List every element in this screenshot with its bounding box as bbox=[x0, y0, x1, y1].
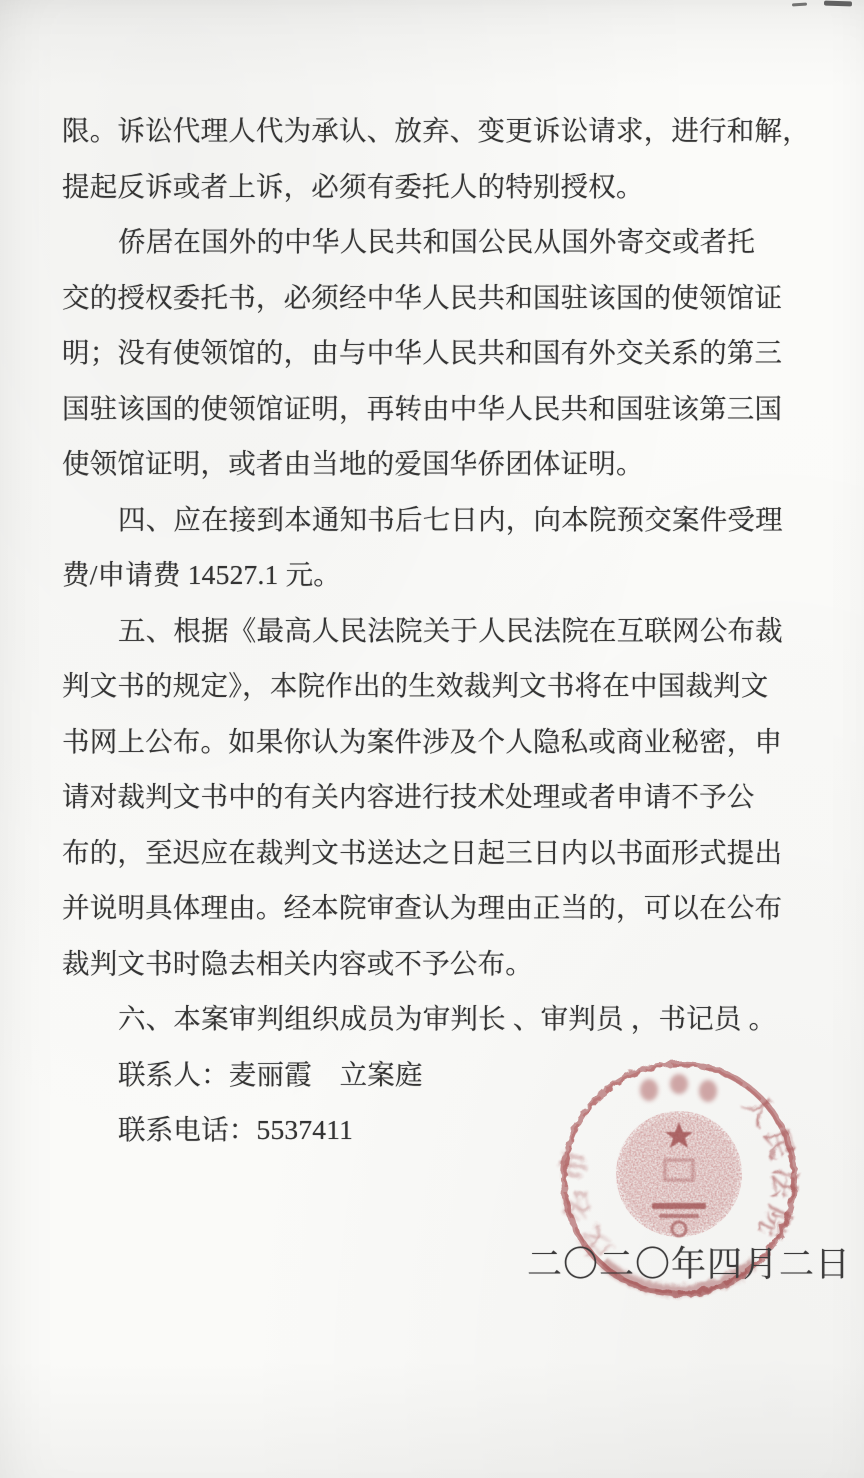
document-line: 四、应在接到本通知书后七日内，向本院预交案件受理 bbox=[62, 492, 842, 548]
document-line: 六、本案审判组织成员为审判长 、审判员 ，书记员 。 bbox=[62, 991, 842, 1047]
document-line: 请对裁判文书中的有关内容进行技术处理或者申请不予公 bbox=[62, 769, 842, 825]
document-line: 五、根据《最高人民法院关于人民法院在互联网公布裁 bbox=[62, 603, 842, 659]
document-line: 国驻该国的使领馆证明，再转由中华人民共和国驻该第三国 bbox=[62, 381, 842, 437]
seal-emblem bbox=[616, 1111, 742, 1237]
scan-artifact-mark bbox=[792, 2, 807, 6]
seal-top-smudges bbox=[640, 1074, 717, 1102]
date-line: 二〇二〇年四月二日 bbox=[527, 1237, 851, 1287]
document-line: 判文书的规定》，本院作出的生效裁判文书将在中国裁判文 bbox=[62, 658, 842, 714]
document-line: 书网上公布。如果你认为案件涉及个人隐私或商业秘密，申 bbox=[62, 714, 842, 770]
document-line: 费/申请费 14527.1 元。 bbox=[62, 547, 842, 603]
document-line: 限。诉讼代理人代为承认、放弃、变更诉讼请求，进行和解， bbox=[62, 103, 842, 159]
document-line: 并说明具体理由。经本院审查认为理由正当的，可以在公布 bbox=[62, 880, 842, 936]
document-line: 交的授权委托书，必须经中华人民共和国驻该国的使领馆证 bbox=[62, 270, 842, 326]
document-line: 布的，至迟应在裁判文书送达之日起三日内以书面形式提出 bbox=[62, 825, 842, 881]
scan-artifact-mark bbox=[824, 1, 852, 7]
document-body: 限。诉讼代理人代为承认、放弃、变更诉讼请求，进行和解，提起反诉或者上诉，必须有委… bbox=[62, 103, 842, 1158]
document-line: 明；没有使领馆的，由与中华人民共和国有外交关系的第三 bbox=[62, 325, 842, 381]
document-line: 侨居在国外的中华人民共和国公民从国外寄交或者托 bbox=[62, 214, 842, 270]
document-line: 裁判文书时隐去相关内容或不予公布。 bbox=[62, 936, 842, 992]
document-line: 提起反诉或者上诉，必须有委托人的特别授权。 bbox=[62, 159, 842, 215]
document-line: 使领馆证明，或者由当地的爱国华侨团体证明。 bbox=[62, 436, 842, 492]
document-page: 限。诉讼代理人代为承认、放弃、变更诉讼请求，进行和解，提起反诉或者上诉，必须有委… bbox=[0, 0, 864, 1478]
